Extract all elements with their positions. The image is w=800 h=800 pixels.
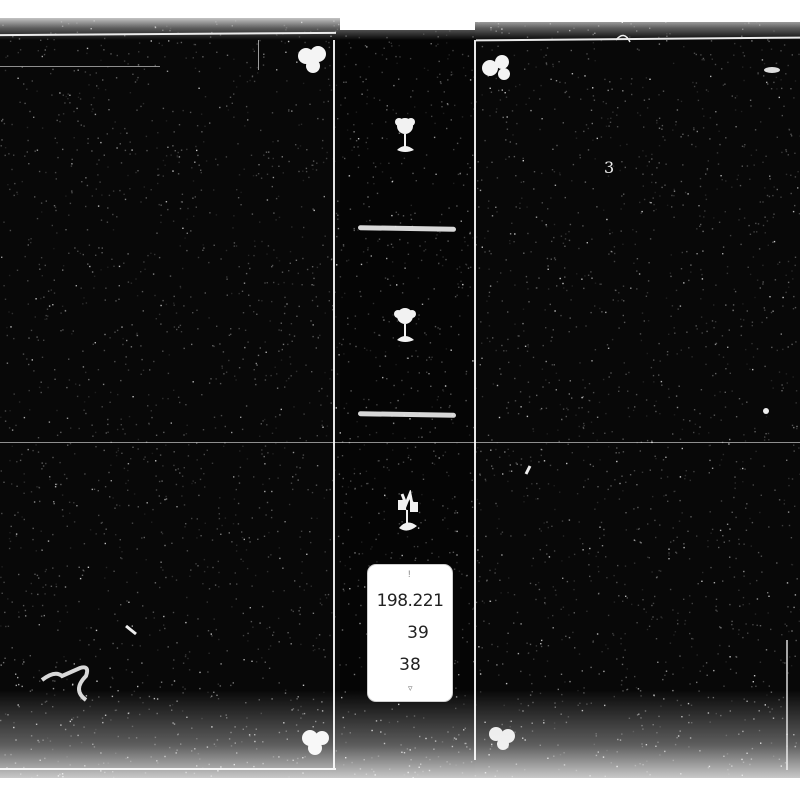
flower-icon: [392, 490, 422, 536]
flower-icon: [390, 112, 420, 158]
corner-flower-icon: [480, 52, 514, 82]
corner-flower-icon: [296, 44, 330, 74]
shelfmark-line-2: 39: [368, 623, 460, 643]
handwritten-mark: 3: [604, 158, 614, 177]
bottom-edge-wear: [0, 690, 800, 800]
faint-rule-top: [0, 66, 160, 67]
hinge-left: [333, 40, 335, 770]
front-board: [0, 18, 340, 778]
hinge-right: [474, 40, 476, 760]
scan-fold-tick: [258, 40, 259, 70]
scan-fold-line: [0, 442, 800, 443]
back-board: [475, 22, 800, 778]
label-tick-top: !: [408, 569, 411, 579]
spine-shelfmark-label: ! 198.221 39 38 ▿: [368, 565, 452, 701]
flower-icon: [390, 302, 420, 348]
shelfmark-line-3: 38: [368, 655, 452, 675]
label-tick-bottom: ▿: [408, 683, 413, 694]
shelfmark-line-1: 198.221: [368, 591, 452, 611]
top-edge-wear: [0, 0, 800, 40]
book-binding-scan: 3 ! 198.221 39 38 ▿: [0, 0, 800, 800]
